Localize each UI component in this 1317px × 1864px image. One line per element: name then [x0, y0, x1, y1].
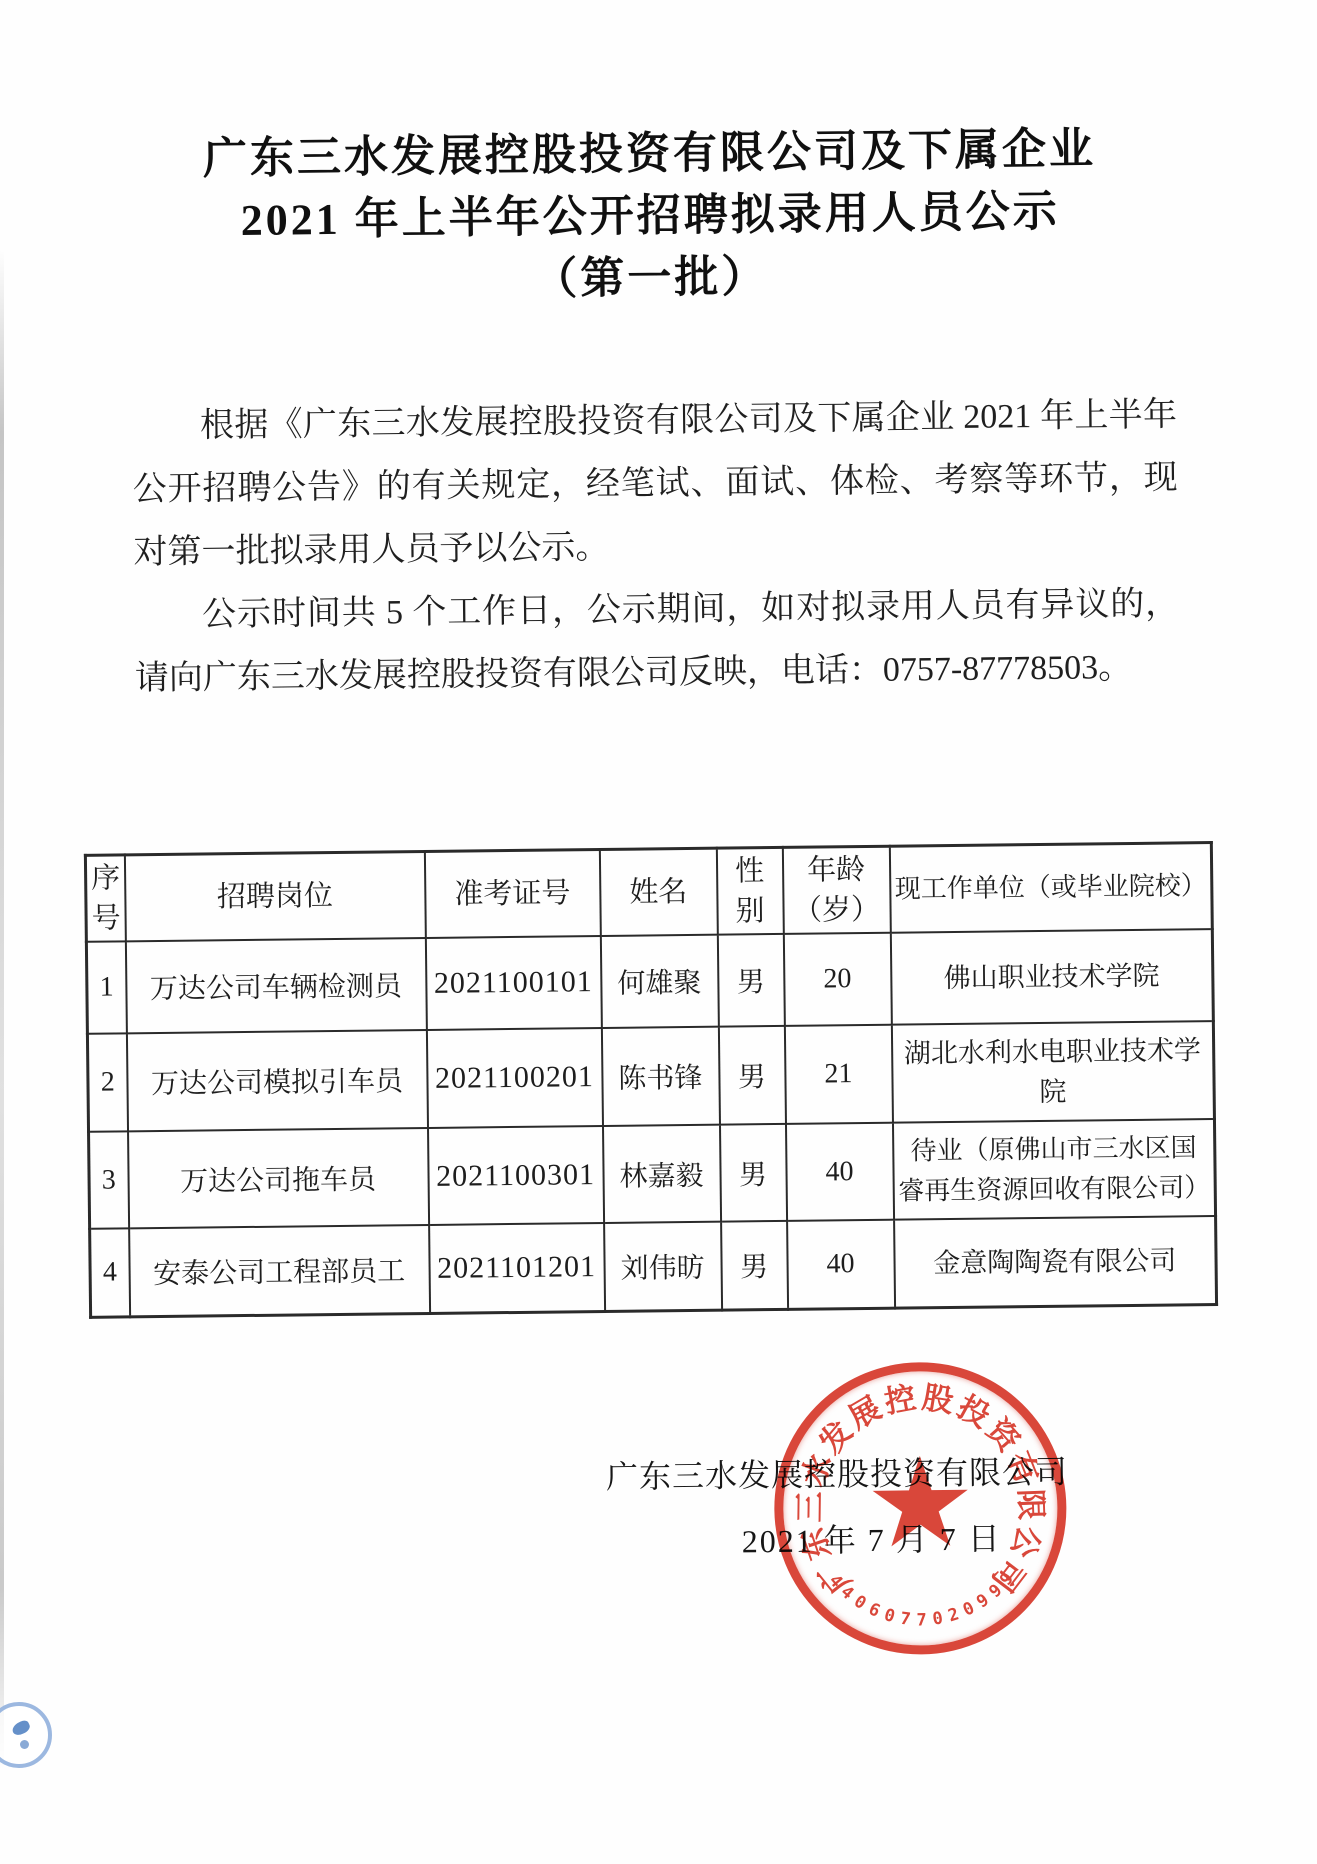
table-cell: 男 — [717, 934, 784, 1027]
signature-company: 广东三水发展控股投资有限公司 — [606, 1447, 1069, 1498]
table-cell: 40 — [787, 1220, 895, 1309]
table-cell: 待业（原佛山市三水区国睿再生资源回收有限公司） — [892, 1119, 1215, 1220]
table-cell: 4 — [90, 1228, 130, 1316]
col-header-gender: 性 别 — [716, 847, 783, 934]
paragraph-1: 根据《广东三水发展控股投资有限公司及下属企业 2021 年上半年公开招聘公告》的… — [132, 383, 1179, 584]
table-row: 3 万达公司拖车员 2021100301 林嘉毅 男 40 待业（原佛山市三水区… — [89, 1119, 1216, 1229]
table-cell: 2021100301 — [428, 1126, 604, 1225]
table-cell: 男 — [719, 1124, 786, 1222]
table-cell: 万达公司模拟引车员 — [126, 1030, 427, 1131]
seal-ring — [773, 1361, 1068, 1656]
table-cell: 2021100201 — [426, 1028, 602, 1128]
col-header-workunit: 现工作单位（或毕业院校） — [889, 843, 1212, 933]
official-seal: 广东三水发展控股投资有限公司 ★ 4406077020999 — [773, 1361, 1068, 1656]
table-cell: 21 — [784, 1025, 892, 1124]
table-cell: 1 — [86, 941, 126, 1033]
table-cell: 安泰公司工程部员工 — [129, 1225, 430, 1316]
table-cell: 3 — [89, 1131, 129, 1228]
col-header-ticket: 准考证号 — [424, 850, 600, 938]
document-title: 广东三水发展控股投资有限公司及下属企业 2021 年上半年公开招聘拟录用人员公示… — [0, 116, 1310, 317]
col-header-index: 序 号 — [85, 855, 125, 942]
recruitment-table: 序 号 招聘岗位 准考证号 姓名 性 别 年龄 （岁） 现工作单位（或毕业院校）… — [84, 841, 1218, 1318]
table-row: 4 安泰公司工程部员工 2021101201 刘伟昉 男 40 金意陶陶瓷有限公… — [90, 1216, 1217, 1317]
announcement-body: 根据《广东三水发展控股投资有限公司及下属企业 2021 年上半年公开招聘公告》的… — [132, 383, 1181, 710]
table-cell: 何雄聚 — [600, 935, 718, 1028]
table-cell: 陈书锋 — [601, 1027, 719, 1126]
table-row: 1 万达公司车辆检测员 2021100101 何雄聚 男 20 佛山职业技术学院 — [86, 929, 1213, 1034]
seal-serial-number: 4406077020999 — [773, 1361, 1065, 1364]
table-cell: 万达公司拖车员 — [128, 1128, 429, 1228]
table-cell: 2021101201 — [429, 1223, 605, 1313]
table-cell: 金意陶陶瓷有限公司 — [894, 1216, 1217, 1308]
document-content: 广东三水发展控股投资有限公司及下属企业 2021 年上半年公开招聘拟录用人员公示… — [0, 0, 1317, 1864]
table-cell: 2 — [87, 1033, 127, 1131]
table-cell: 20 — [783, 933, 891, 1026]
seal-ring-text: 广东三水发展控股投资有限公司 — [773, 1361, 1065, 1364]
paragraph-2: 公示时间共 5 个工作日，公示期间，如对拟录用人员有异议的，请向广东三水发展控股… — [134, 572, 1180, 710]
table-cell: 林嘉毅 — [602, 1125, 720, 1223]
table-header-row: 序 号 招聘岗位 准考证号 姓名 性 别 年龄 （岁） 现工作单位（或毕业院校） — [85, 843, 1212, 942]
table-cell: 男 — [721, 1221, 788, 1310]
table-cell: 万达公司车辆检测员 — [125, 938, 426, 1033]
col-header-name: 姓名 — [599, 848, 717, 936]
table-cell: 刘伟昉 — [604, 1222, 722, 1311]
signature-date: 2021 年 7 月 7 日 — [741, 1513, 1002, 1562]
table-cell: 男 — [718, 1026, 785, 1125]
scanned-document-page: 广东三水发展控股投资有限公司及下属企业 2021 年上半年公开招聘拟录用人员公示… — [0, 0, 1317, 1864]
table-cell: 40 — [785, 1123, 893, 1221]
col-header-position: 招聘岗位 — [124, 851, 425, 941]
table-cell: 2021100101 — [425, 936, 601, 1030]
col-header-age: 年龄 （岁） — [782, 846, 890, 934]
scan-artifact-left-edge — [0, 250, 4, 1770]
table-cell: 湖北水利水电职业技术学院 — [891, 1021, 1214, 1123]
table-row: 2 万达公司模拟引车员 2021100201 陈书锋 男 21 湖北水利水电职业… — [87, 1021, 1214, 1132]
table-cell: 佛山职业技术学院 — [890, 929, 1213, 1025]
